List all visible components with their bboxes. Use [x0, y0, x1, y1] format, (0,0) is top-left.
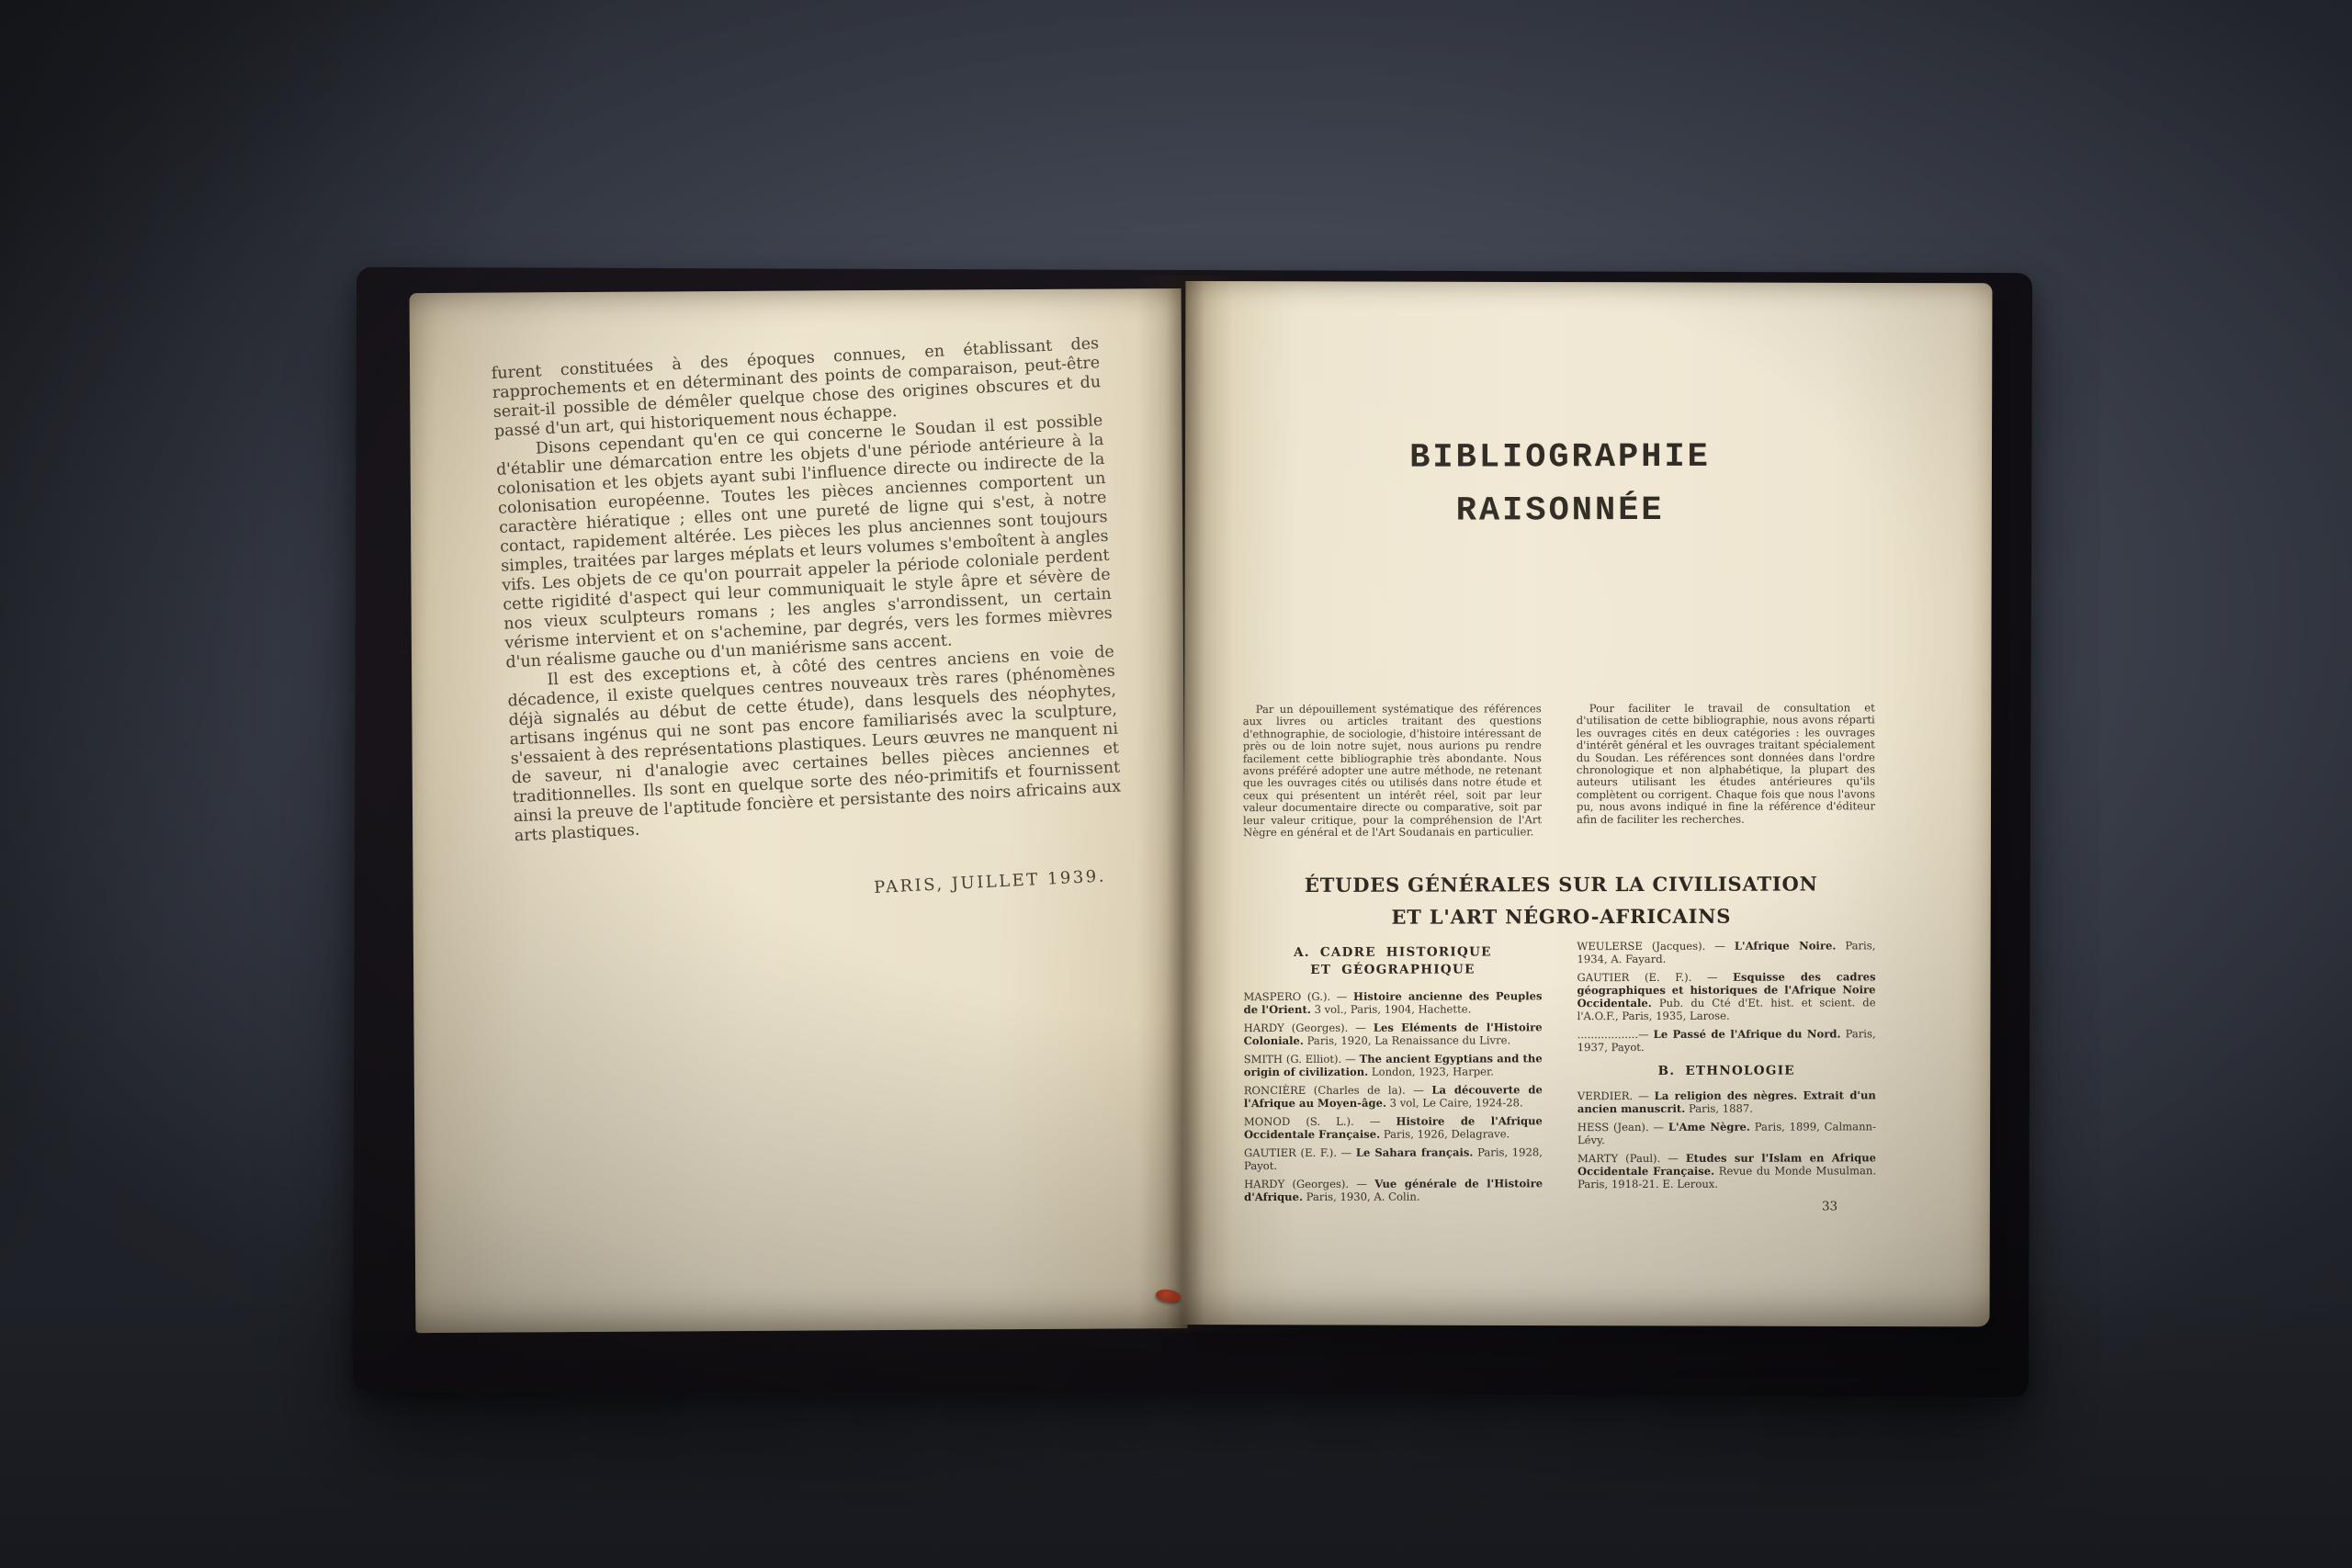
bibliography-column-a: A. CADRE HISTORIQUE ET GÉOGRAPHIQUE MASP…: [1243, 940, 1543, 1215]
bib-entry: VERDIER. — La religion des nègres. Extra…: [1577, 1089, 1876, 1115]
chapter-title: BIBLIOGRAPHIE RAISONNÉE: [1229, 430, 1891, 538]
photo-scene: furent constituées à des époques connues…: [0, 0, 2352, 1568]
bib-entry: HESS (Jean). — L'Ame Nègre. Paris, 1899,…: [1577, 1120, 1876, 1146]
right-page-content: BIBLIOGRAPHIE RAISONNÉE Par un dépouille…: [1183, 281, 1993, 1326]
dateline: PARIS, JUILLET 1939.: [517, 865, 1125, 915]
bibliography-column-b: WEULERSE (Jacques). — L'Afrique Noire. P…: [1577, 939, 1876, 1214]
paragraph: Disons cependant qu'en ce qui concerne l…: [495, 412, 1114, 673]
bib-entry: SMITH (G. Elliot). — The ancient Egyptia…: [1244, 1052, 1543, 1078]
section-heading-line1: ÉTUDES GÉNÉRALES SUR LA CIVILISATION: [1230, 867, 1892, 901]
bib-entry: GAUTIER (E. F.). — Esquisse des cadres g…: [1577, 970, 1875, 1022]
subsection-heading-a: A. CADRE HISTORIQUE ET GÉOGRAPHIQUE: [1243, 943, 1542, 979]
chapter-title-line2: RAISONNÉE: [1229, 483, 1891, 538]
bib-entry: HARDY (Georges). — Les Eléments de l'His…: [1244, 1021, 1543, 1047]
section-heading: ÉTUDES GÉNÉRALES SUR LA CIVILISATION ET …: [1230, 867, 1892, 933]
left-page: furent constituées à des époques connues…: [410, 288, 1188, 1333]
intro-column-left: Par un dépouillement systématique des ré…: [1243, 703, 1542, 839]
bib-entry: WEULERSE (Jacques). — L'Afrique Noire. P…: [1577, 939, 1875, 965]
bib-entry: HARDY (Georges). — Vue générale de l'His…: [1244, 1177, 1543, 1203]
bibliography-columns: A. CADRE HISTORIQUE ET GÉOGRAPHIQUE MASP…: [1243, 939, 1876, 1215]
bib-entry: MARTY (Paul). — Etudes sur l'Islam en Af…: [1577, 1151, 1876, 1190]
bib-entry: MASPERO (G.). — Histoire ancienne des Pe…: [1244, 989, 1543, 1016]
right-page: BIBLIOGRAPHIE RAISONNÉE Par un dépouille…: [1183, 281, 1993, 1326]
left-page-text: furent constituées à des époques connues…: [491, 334, 1125, 915]
section-heading-line2: ET L'ART NÉGRO-AFRICAINS: [1230, 899, 1892, 933]
intro-column-right: Pour faciliter le travail de consultatio…: [1577, 702, 1875, 838]
intro-columns: Par un dépouillement systématique des ré…: [1243, 702, 1875, 839]
chapter-title-line1: BIBLIOGRAPHIE: [1229, 430, 1891, 485]
paragraph: Il est des exceptions et, à côté des cen…: [506, 643, 1123, 847]
bib-entry: ..................— Le Passé de l'Afriqu…: [1577, 1027, 1876, 1054]
bib-entry: GAUTIER (E. F.). — Le Sahara français. P…: [1244, 1145, 1543, 1172]
bib-entry: RONCIÈRE (Charles de la). — La découvert…: [1244, 1083, 1543, 1110]
page-number: 33: [1577, 1199, 1876, 1214]
subsection-heading-b: B. ETHNOLOGIE: [1577, 1062, 1876, 1080]
bib-entry: MONOD (S. L.). — Histoire de l'Afrique O…: [1244, 1114, 1543, 1141]
